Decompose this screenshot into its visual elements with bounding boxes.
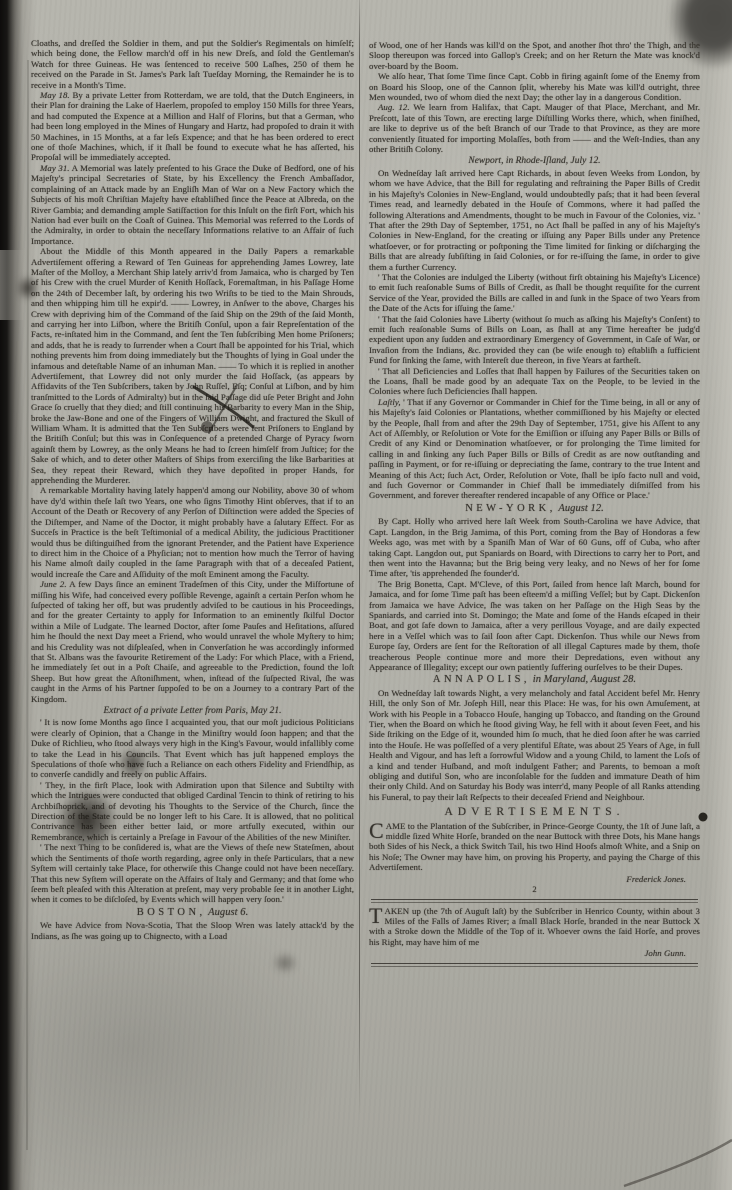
ink-stroke xyxy=(209,385,237,433)
ink-dot xyxy=(699,813,708,822)
pen-stroke-overlay xyxy=(0,0,732,1190)
fold-shadow-line xyxy=(27,60,28,1150)
page-corner-crease xyxy=(624,1140,732,1186)
ink-blot xyxy=(201,421,213,433)
newspaper-page: Cloaths, and dreſſed the Soldier in them… xyxy=(0,0,732,1190)
